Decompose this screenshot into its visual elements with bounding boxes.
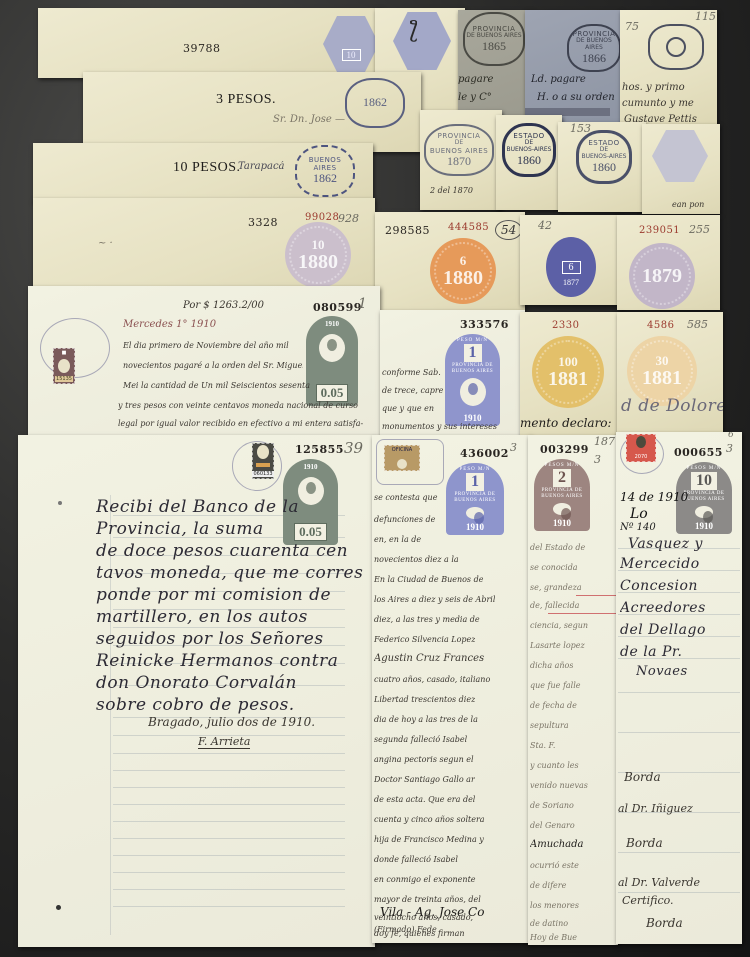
- handwriting: de doce pesos cuarenta cen: [96, 541, 348, 561]
- hexagon-seal-icon: [393, 12, 451, 70]
- handwriting: en, en la de: [374, 535, 421, 544]
- portrait-icon: [695, 506, 713, 518]
- handwriting: Sr. Dn. Jose —: [273, 114, 345, 125]
- handwriting: venido nuevas: [530, 781, 588, 790]
- revenue-stamp-1910: PESO M/N 1 PROVINCIA DE BUENOS AIRES 191…: [445, 334, 500, 426]
- portrait-icon: [636, 436, 646, 448]
- pencil-number: 75: [625, 20, 639, 33]
- sheet-1865: PROVINCIA DE BUENOS AIRES 1865 pagare le…: [458, 10, 533, 118]
- sheet-003299: 003299 187 3 PESOS M/N 2 PROVINCIA DE BU…: [528, 435, 618, 945]
- handwriting: tavos moneda, que me corres: [96, 563, 363, 583]
- handwriting: de esta acta. Que era del: [374, 795, 475, 804]
- serial-number: 39788: [183, 42, 221, 55]
- handwriting: Libertad trescientos diez: [374, 695, 475, 704]
- handwriting: Hoy de Bue: [530, 933, 577, 942]
- red-serial-number: 444585: [448, 222, 489, 233]
- adhesive-stamp: ■ 15135: [53, 348, 75, 384]
- handwriting: 14 de 1910: [620, 490, 688, 504]
- hexagon-seal-icon: [652, 130, 708, 182]
- handwriting: y cuanto les: [530, 761, 579, 770]
- pencil-number: 39: [344, 439, 363, 457]
- pen-stroke: ƪ: [410, 18, 417, 43]
- handwriting: Provincia, la suma: [96, 519, 264, 539]
- denomination-title: 3 PESOS.: [216, 92, 276, 108]
- pencil-number: 1: [358, 296, 367, 312]
- serial-number: 003299: [540, 443, 589, 456]
- pencil-number: 187: [594, 435, 615, 448]
- handwriting: H. o a su orden: [537, 92, 615, 103]
- sheet-3328: 3328 99028 928 10 1880 ~ ·: [33, 198, 375, 290]
- handwriting: se conocida: [530, 563, 578, 572]
- handwriting: dia de hoy a las tres de la: [374, 715, 478, 724]
- pencil-number: 3: [594, 453, 601, 466]
- seal-provincia-1870: PROVINCIA DE BUENOS AIRES 1870: [424, 124, 494, 176]
- handwriting: ponde por mi comision de: [96, 585, 331, 605]
- sheet-39788: 39788 10: [38, 8, 383, 78]
- handwriting: legal por igual valor recibido en efecti…: [118, 419, 363, 428]
- handwriting: sepultura: [530, 721, 569, 730]
- handwriting: d de Dolores: [621, 396, 723, 416]
- handwriting: Sta. F.: [530, 741, 555, 750]
- pencil-number: 6: [728, 432, 734, 440]
- handwriting: Borda: [624, 770, 661, 784]
- handwriting: En la Ciudad de Buenos de: [374, 575, 483, 584]
- handwriting: hos. y primo: [622, 82, 685, 93]
- seal-estado-1860: ESTADO DE BUENOS-AIRES 1860: [576, 130, 632, 184]
- handwriting: cuenta y cinco años soltera: [374, 815, 485, 824]
- serial-number: 125855: [295, 443, 344, 456]
- handwriting: Vasquez y: [628, 536, 703, 552]
- sheet-estado-1860-a: ESTADO DE BUENOS-AIRES 1860: [496, 115, 562, 210]
- pencil-number: 3: [510, 441, 517, 454]
- pencil-number: 255: [689, 223, 710, 236]
- cancel-ring: [40, 318, 110, 378]
- handwriting: ocurrió este: [530, 861, 579, 870]
- signature: F. Arrieta: [198, 735, 250, 749]
- pencil-number: 928: [338, 212, 359, 225]
- seal-estado-1860: ESTADO DE BUENOS-AIRES 1860: [502, 123, 556, 177]
- oval-seal-1877: 6 1877: [546, 237, 596, 297]
- adhesive-stamp: 2070: [626, 434, 656, 462]
- handwriting: conforme Sab.: [382, 368, 444, 377]
- adhesive-stamp: OFICINA: [384, 445, 420, 471]
- red-serial-number: 2330: [552, 320, 579, 331]
- red-underline: [576, 595, 616, 596]
- handwriting: Mercecido: [620, 556, 700, 572]
- portrait-icon: [397, 459, 407, 469]
- seal-1862: 1862: [345, 78, 405, 128]
- serial-number: 000655: [674, 446, 723, 459]
- handwriting: en conmigo el exponente: [374, 875, 476, 884]
- handwriting: Federico Silvencia Lopez: [374, 635, 475, 644]
- handwriting: que y que en: [382, 404, 444, 413]
- handwriting: de trece, capre: [382, 386, 444, 395]
- sheet-10-pesos: 10 PESOS. Tarapacá BUENOS AIRES 1862: [33, 143, 373, 203]
- seal-1865: PROVINCIA DE BUENOS AIRES 1865: [463, 12, 525, 66]
- punch-hole: [56, 905, 61, 910]
- embossed-seal-1880: 10 1880: [285, 222, 351, 288]
- portrait-icon: [466, 507, 484, 519]
- handwriting: donde falleció Isabel: [374, 855, 458, 864]
- handwriting: se, grandeza: [530, 583, 582, 592]
- pencil-number: 115: [695, 10, 716, 23]
- pencil-number: 585: [687, 318, 708, 331]
- handwriting: novecientos pagaré a la orden del Sr. Mi…: [123, 361, 303, 370]
- revenue-stamp-1910: PESOS M/N 2 PROVINCIA DE BUENOS AIRES 19…: [534, 459, 590, 531]
- adhesive-stamp: 060133: [252, 443, 274, 479]
- handwriting: los menores: [530, 901, 579, 910]
- handwriting: mayor de treinta años, del: [374, 895, 481, 904]
- portrait-icon: [257, 445, 269, 459]
- handwriting: Recibi del Banco de la: [96, 497, 299, 517]
- portrait-icon: [298, 477, 324, 505]
- sheet-ornamental: 115 75 hos. y primo cumunto y me Gustave…: [620, 10, 717, 125]
- sheet-298585: 298585 444585 54 6 1880: [375, 212, 525, 310]
- sheet-2330: 2330 100 1881 mento declaro:: [520, 312, 622, 438]
- handwriting: defunciones de: [374, 515, 446, 524]
- handwriting: angina pectoris segun el: [374, 755, 474, 764]
- circled-number: 54: [495, 220, 522, 240]
- handwriting: Borda: [646, 916, 683, 930]
- red-underline: [548, 613, 616, 614]
- handwriting: novecientos diez a la: [374, 555, 459, 564]
- handwriting: del Dellago: [620, 622, 706, 638]
- handwriting: que fue falle: [530, 681, 581, 690]
- handwriting: seguidos por los Señores: [96, 629, 324, 649]
- sheet-080599: 080599 1 1910 0.05 ■ 15135 Por $ 1263.2/…: [28, 286, 380, 438]
- handwriting: Borda: [626, 836, 663, 850]
- pencil-number: 42: [538, 219, 552, 232]
- handwriting: le y C°: [458, 92, 492, 103]
- handwriting: Lasarte lopez: [530, 641, 585, 650]
- handwriting: de fecha de: [530, 701, 577, 710]
- handwriting: del Genaro: [530, 821, 575, 830]
- handwriting: sobre cobro de pesos.: [96, 695, 295, 715]
- handwriting: Lo: [630, 506, 648, 522]
- sheet-000655: 2070 000655 3 6 PESOS M/N 10 PROVINCIA D…: [616, 432, 742, 944]
- sheet-oval-1877: 42 6 1877: [520, 215, 620, 305]
- sheet-125855: 125855 39 060133 1910 0.05 Recibi del Ba…: [18, 435, 375, 947]
- sheet-436002: OFICINA 436002 3 PESO M/N 1 PROVINCIA DE…: [372, 435, 532, 943]
- handwriting: segunda falleció Isabel: [374, 735, 467, 744]
- handwriting: del Estado de: [530, 543, 585, 552]
- handwriting: cumunto y me: [622, 98, 694, 109]
- handwriting: de la Pr.: [620, 644, 683, 660]
- handwriting: Doctor Santiago Gallo ar: [374, 775, 475, 784]
- serial-number: 3328: [248, 216, 278, 229]
- handwriting: monumentos y sus intereses: [382, 422, 497, 431]
- hexagon-seal-icon: 10: [323, 16, 379, 72]
- handwriting: ean pon: [672, 200, 704, 209]
- portrait-icon: [553, 503, 571, 515]
- handwriting: Por $ 1263.2/00: [183, 300, 264, 311]
- serial-number: 298585: [385, 224, 430, 237]
- handwriting: de datino: [530, 919, 568, 928]
- portrait-icon: [319, 334, 345, 362]
- sheet-hexagon-2: ean pon: [642, 124, 720, 214]
- sheet-239051: 239051 255 1879: [617, 215, 720, 310]
- handwriting: Mercedes 1° 1910: [123, 319, 216, 330]
- handwriting: martillero, en los autos: [96, 607, 308, 627]
- sheet-1866: PROVINCIA DE BUENOS AIRES 1866 Ld. pagar…: [525, 10, 622, 122]
- denomination-title: 10 PESOS.: [173, 160, 241, 176]
- embossed-seal-1880: 6 1880: [430, 238, 496, 304]
- serial-number: 333576: [460, 318, 509, 331]
- handwriting: y tres pesos con veinte centavos moneda …: [118, 401, 358, 410]
- handwriting: Amuchada: [530, 839, 584, 850]
- handwriting: Ld. pagare: [531, 74, 586, 85]
- handwriting: (Firmado) Fede: [374, 925, 437, 934]
- handwriting: dicha años: [530, 661, 573, 670]
- handwriting: Acreedores: [620, 600, 706, 616]
- handwriting: Novaes: [636, 664, 688, 679]
- sheet-333576: 333576 PESO M/N 1 PROVINCIA DE BUENOS AI…: [380, 310, 525, 438]
- sheet-1870: PROVINCIA DE BUENOS AIRES 1870 2 del 187…: [420, 110, 502, 210]
- smudge: ~ ·: [98, 238, 113, 249]
- handwriting: Reinicke Hermanos contra: [96, 651, 338, 671]
- handwriting: cuatro años, casado, italiano: [374, 675, 490, 684]
- portrait-icon: [460, 378, 486, 406]
- handwriting: Vila - Ag. Jose Co: [380, 905, 484, 919]
- handwriting: Tarapacá: [238, 161, 285, 172]
- sheet-estado-1860-b: 153 ESTADO DE BUENOS-AIRES 1860: [558, 122, 646, 212]
- embossed-seal-1881: 100 1881: [532, 336, 604, 408]
- handwriting: se contesta que: [374, 493, 446, 502]
- seal-buenos-aires-1862: BUENOS AIRES 1862: [295, 145, 355, 197]
- revenue-stamp-1910: PESO M/N 1 PROVINCIA DE BUENOS AIRES 191…: [446, 463, 504, 535]
- handwriting: de, fallecida: [530, 601, 579, 610]
- handwriting: de difere: [530, 881, 566, 890]
- pencil-number: 3: [726, 442, 733, 455]
- handwriting: mento declaro:: [520, 416, 612, 430]
- handwriting: hija de Francisco Medina y: [374, 835, 484, 844]
- handwriting: 2 del 1870: [430, 186, 473, 195]
- handwriting: don Onorato Corvalán: [96, 673, 297, 693]
- red-serial-number: 239051: [639, 225, 680, 236]
- handwriting: al Dr. Valverde: [618, 876, 700, 889]
- handwriting: diez, a las tres y media de: [374, 615, 480, 624]
- portrait-icon: [58, 359, 70, 373]
- handwriting: al Dr. Iñiguez: [618, 802, 693, 815]
- handwriting: los Aires a diez y seis de Abril: [374, 595, 495, 604]
- seal-1866: PROVINCIA DE BUENOS AIRES 1866: [567, 24, 621, 72]
- sheet-3-pesos: 3 PESOS. 1862 Sr. Dn. Jose —: [83, 72, 421, 152]
- serial-number: 436002: [460, 447, 509, 460]
- serial-number: 080599: [313, 301, 362, 314]
- handwriting: Agustin Cruz Frances: [374, 653, 484, 664]
- handwriting: de Soriano: [530, 801, 574, 810]
- handwriting: Concesion: [620, 578, 698, 594]
- handwriting: El dia primero de Noviembre del año mil: [123, 341, 289, 350]
- sheet-4586: 4586 585 30 1881 d de Dolores: [617, 312, 723, 438]
- handwriting: Certifico.: [622, 894, 674, 907]
- margin-line: [110, 495, 111, 935]
- handwriting: Nº 140: [620, 522, 656, 533]
- handwriting: pagare: [458, 74, 493, 85]
- punch-hole: [58, 501, 62, 505]
- red-serial-number: 4586: [647, 320, 674, 331]
- handwriting: Mei la cantidad de Un mil Seiscientos se…: [123, 381, 310, 390]
- ornamental-seal: [648, 24, 704, 70]
- place-date: Bragado, julio dos de 1910.: [148, 715, 315, 729]
- revenue-stamp-1910: 1910 0.05: [306, 316, 358, 406]
- handwriting: ciencia, segun: [530, 621, 588, 630]
- embossed-seal-1879: 1879: [629, 243, 695, 309]
